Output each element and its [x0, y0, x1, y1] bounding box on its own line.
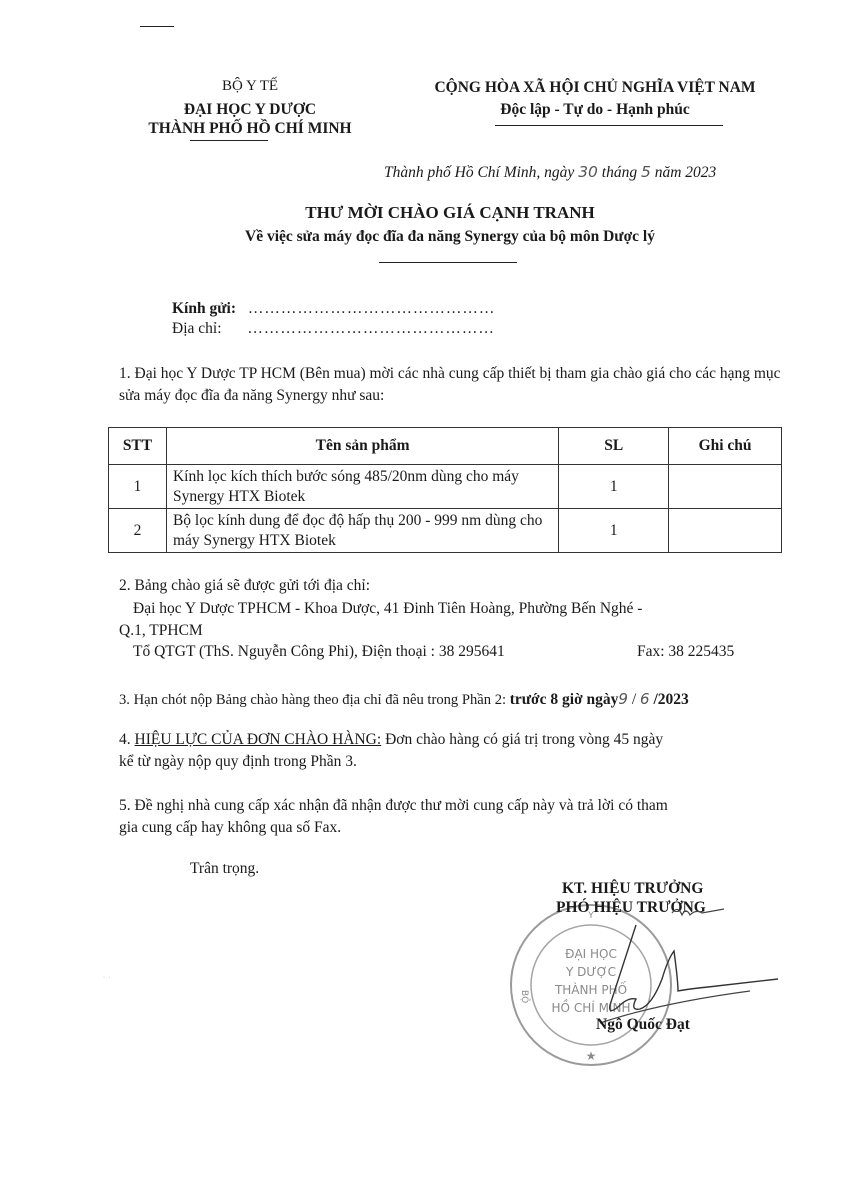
- section-3-text: 3. Hạn chót nộp Bảng chào hàng theo địa …: [119, 692, 510, 708]
- university-name-line2: THÀNH PHỐ HỒ CHÍ MINH: [130, 120, 370, 138]
- dateline-year: năm 2023: [655, 164, 717, 181]
- section-2-fax: Fax: 38 225435: [637, 643, 734, 661]
- section-2-address-line1: Đại học Y Dược TPHCM - Khoa Dược, 41 Đin…: [133, 600, 642, 618]
- header-quantity: SL: [559, 428, 669, 465]
- row-note: [669, 465, 782, 509]
- header-product-name: Tên sản phẩm: [166, 428, 558, 465]
- scan-speckle: · ·: [103, 975, 112, 981]
- header-note: Ghi chú: [669, 428, 782, 465]
- section-2-contact: Tổ QTGT (ThS. Nguyễn Công Phi), Điện tho…: [133, 643, 505, 661]
- recipient-to-label: Kính gửi:: [172, 300, 236, 317]
- section-3-deadline-day: 9: [618, 690, 628, 708]
- section-2-address-line2: Q.1, TPHCM: [119, 622, 203, 640]
- section-1-text: 1. Đại học Y Dược TP HCM (Bên mua) mời c…: [119, 363, 799, 407]
- dateline-month-label: tháng: [602, 164, 637, 181]
- row-product-name: Kính lọc kích thích bước sóng 485/20nm d…: [166, 465, 558, 509]
- document-subtitle: Về việc sửa máy đọc đĩa đa năng Synergy …: [100, 228, 800, 246]
- republic-name: CỘNG HÒA XÃ HỘI CHỦ NGHĨA VIỆT NAM: [400, 79, 790, 97]
- closing-regards: Trân trọng.: [190, 860, 259, 878]
- header-left-underline: [190, 140, 268, 141]
- section-4-label: HIỆU LỰC CỦA ĐƠN CHÀO HÀNG:: [135, 731, 382, 748]
- document-title: THƯ MỜI CHÀO GIÁ CẠNH TRANH: [100, 203, 800, 223]
- section-2-intro: 2. Bảng chào giá sẽ được gửi tới địa chỉ…: [119, 577, 370, 595]
- recipient-address: Địa chỉ: ………………………………………: [172, 320, 495, 338]
- table-header-row: STT Tên sản phẩm SL Ghi chú: [109, 428, 782, 465]
- section-5-line1: 5. Đề nghị nhà cung cấp xác nhận đã nhận…: [119, 797, 668, 815]
- header-right-underline: [495, 125, 723, 126]
- recipient-address-value: ………………………………………: [247, 320, 495, 338]
- recipient-to: Kính gửi: ………………………………………: [172, 300, 495, 318]
- section-5-line2: gia cung cấp hay không qua số Fax.: [119, 819, 341, 837]
- dateline-month: 5: [641, 163, 651, 181]
- section-3-deadline-month: 6: [640, 690, 650, 708]
- section-4-prefix: 4.: [119, 731, 135, 748]
- section-4-line2: kể từ ngày nộp quy định trong Phần 3.: [119, 753, 357, 771]
- national-motto: Độc lập - Tự do - Hạnh phúc: [400, 101, 790, 119]
- dateline-day: 30: [578, 163, 598, 181]
- signer-name: Ngô Quốc Đạt: [596, 1016, 690, 1034]
- recipient-address-label: Địa chỉ:: [172, 320, 222, 337]
- row-quantity: 1: [559, 465, 669, 509]
- section-3-deadline-sep: /: [628, 691, 640, 708]
- row-note: [669, 509, 782, 553]
- row-stt: 1: [109, 465, 167, 509]
- section-3: 3. Hạn chót nộp Bảng chào hàng theo địa …: [119, 690, 689, 709]
- table-row: 2 Bộ lọc kính dung để đọc độ hấp thụ 200…: [109, 509, 782, 553]
- svg-text:★: ★: [586, 1049, 597, 1063]
- recipient-to-value: ………………………………………: [248, 300, 496, 318]
- items-table: STT Tên sản phẩm SL Ghi chú 1 Kính lọc k…: [108, 427, 782, 553]
- section-4-text: Đơn chào hàng có giá trị trong vòng 45 n…: [381, 731, 663, 748]
- svg-text:BỘ: BỘ: [519, 990, 531, 1003]
- row-product-name: Bộ lọc kính dung để đọc độ hấp thụ 200 -…: [166, 509, 558, 553]
- dateline: Thành phố Hồ Chí Minh, ngày 30 tháng 5 n…: [384, 163, 716, 182]
- university-name-line1: ĐẠI HỌC Y DƯỢC: [150, 101, 350, 119]
- row-stt: 2: [109, 509, 167, 553]
- section-3-deadline-year: /2023: [650, 691, 689, 708]
- section-3-deadline: trước 8 giờ ngày: [510, 691, 619, 708]
- ministry-name: BỘ Y TẾ: [150, 78, 350, 95]
- header-stt: STT: [109, 428, 167, 465]
- table-row: 1 Kính lọc kích thích bước sóng 485/20nm…: [109, 465, 782, 509]
- top-margin-mark: [140, 26, 174, 27]
- subtitle-underline: [379, 262, 517, 263]
- section-4-line1: 4. HIỆU LỰC CỦA ĐƠN CHÀO HÀNG: Đơn chào …: [119, 731, 663, 749]
- row-quantity: 1: [559, 509, 669, 553]
- dateline-prefix: Thành phố Hồ Chí Minh, ngày: [384, 164, 574, 181]
